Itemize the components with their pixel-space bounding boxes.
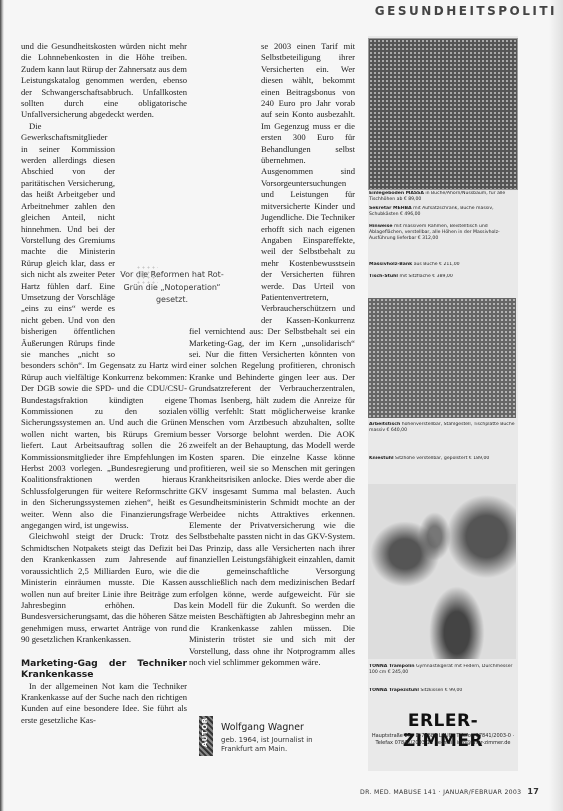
decorative-dots-icon [136,265,158,285]
page-edge-right [549,0,563,811]
ad-item: TONNA Trampolin Gymnastikgerät mit Feder… [369,664,515,684]
author-bio: geb. 1964, ist Journalist in Frankfurt a… [221,736,341,754]
ad-item: Hinweise mit massivem Rahmen, Beistellti… [369,224,515,260]
paragraph: In der allgemeinen Not kam die Techniker… [21,681,187,727]
paragraph: se 2003 einen Tarif mit Selbstbeteiligun… [189,41,355,668]
pull-quote: Vor die Reformen hat Rot-Grün die „Notop… [118,269,226,307]
author-box: AUTOR Wolfgang Wagner geb. 1964, ist Jou… [199,716,349,756]
ad-item: TONNA Trapezstuhl Sitzkissen € 99,00 [369,688,515,694]
paragraph: und die Gesundheitskosten würden nicht m… [21,41,187,121]
ad-photo-desk [368,38,518,190]
ad-item: Einlegeboden MASSA in Buche/Ahorn/Nussba… [369,191,515,203]
author-tag: AUTOR [199,716,213,756]
ad-item: Massivholz-Bank aus Buche € 211,00 [369,262,515,268]
article-column-1: und die Gesundheitskosten würden nicht m… [21,41,187,726]
section-header: GESUNDHEITSPOLITI [375,4,557,18]
advertisement: Einlegeboden MASSA in Buche/Ahorn/Nussba… [368,36,518,771]
article-column-2: se 2003 einen Tarif mit Selbstbeteiligun… [189,41,355,668]
page-footer: DR. MED. MABUSE 141 · JANUAR/FEBRUAR 200… [360,787,539,796]
ad-item: Sekretär MEHBA mit Aufsatzschrank, Buche… [369,206,515,218]
ad-item: Kniestuhl Sitzhöhe verstellbar, gepolste… [369,456,515,480]
page-number: 17 [527,787,539,796]
paragraph: Gleichwohl steigt der Druck: Trotz des S… [21,531,187,645]
ad-photo-table [368,298,516,418]
ad-item: Arbeitstisch höhenverstellbar, Stahlgest… [369,422,515,452]
footer-magazine: DR. MED. MABUSE 141 · JANUAR/FEBRUAR 200… [360,789,521,796]
page-edge-shadow [0,0,4,811]
paragraph: Die Gewerkschaftsmitglieder in seiner Ko… [21,121,187,532]
ad-photo-chairs [368,484,516,659]
ad-address: Hauptstraße 27 · D-77886 LAUF · Telefon … [368,733,518,746]
author-name: Wolfgang Wagner [221,722,304,733]
ad-item: Tisch-Stuhl mit Sitzfläche € 389,00 [369,274,515,298]
subheading: Marketing-Gag der Techniker Krankenkasse [21,658,187,681]
